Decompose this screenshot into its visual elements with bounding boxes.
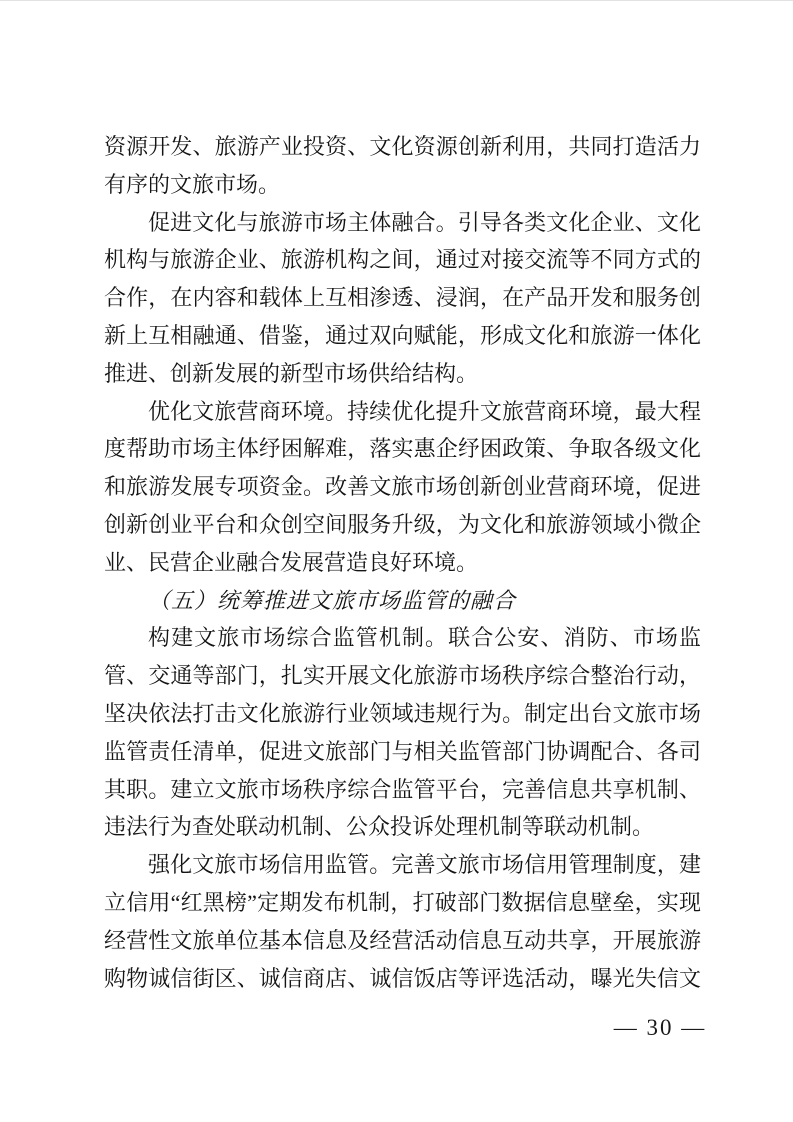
- text-line: 监管责任清单，促进文旅部门与相关监管部门协调配合、各司: [104, 733, 701, 771]
- document-page: 资源开发、旅游产业投资、文化资源创新利用，共同打造活力 有序的文旅市场。 促进文…: [0, 0, 793, 1122]
- text-line: 违法行为查处联动机制、公众投诉处理机制等联动机制。: [104, 808, 701, 846]
- text-line: 管、交通等部门，扎实开展文化旅游市场秩序综合整治行动，: [104, 657, 701, 695]
- text-line: 其职。建立文旅市场秩序综合监管平台，完善信息共享机制、: [104, 771, 701, 809]
- text-line: 资源开发、旅游产业投资、文化资源创新利用，共同打造活力: [104, 128, 701, 166]
- text-line: 强化文旅市场信用监管。完善文旅市场信用管理制度，建: [104, 846, 701, 884]
- document-body: 资源开发、旅游产业投资、文化资源创新利用，共同打造活力 有序的文旅市场。 促进文…: [104, 128, 701, 997]
- text-line: 促进文化与旅游市场主体融合。引导各类文化企业、文化: [104, 204, 701, 242]
- text-line: 构建文旅市场综合监管机制。联合公安、消防、市场监: [104, 619, 701, 657]
- text-line: 合作，在内容和载体上互相渗透、浸润，在产品开发和服务创: [104, 279, 701, 317]
- text-line: 创新创业平台和众创空间服务升级，为文化和旅游领域小微企: [104, 506, 701, 544]
- text-line: 机构与旅游企业、旅游机构之间，通过对接交流等不同方式的: [104, 241, 701, 279]
- text-line: 新上互相融通、借鉴，通过双向赋能，形成文化和旅游一体化: [104, 317, 701, 355]
- text-line: 购物诚信街区、诚信商店、诚信饭店等评选活动，曝光失信文: [104, 960, 701, 998]
- section-heading: （五）统筹推进文旅市场监管的融合: [104, 582, 701, 620]
- page-number: — 30 —: [560, 1013, 760, 1043]
- text-line: 立信用“红黑榜”定期发布机制，打破部门数据信息壁垒，实现: [104, 884, 701, 922]
- text-line: 经营性文旅单位基本信息及经营活动信息互动共享，开展旅游: [104, 922, 701, 960]
- text-line: 和旅游发展专项资金。改善文旅市场创新创业营商环境，促进: [104, 468, 701, 506]
- text-line: 优化文旅营商环境。持续优化提升文旅营商环境，最大程: [104, 393, 701, 431]
- text-line: 度帮助市场主体纾困解难，落实惠企纾困政策、争取各级文化: [104, 430, 701, 468]
- text-line: 有序的文旅市场。: [104, 166, 701, 204]
- text-line: 推进、创新发展的新型市场供给结构。: [104, 355, 701, 393]
- text-line: 业、民营企业融合发展营造良好环境。: [104, 544, 701, 582]
- text-line: 坚决依法打击文化旅游行业领域违规行为。制定出台文旅市场: [104, 695, 701, 733]
